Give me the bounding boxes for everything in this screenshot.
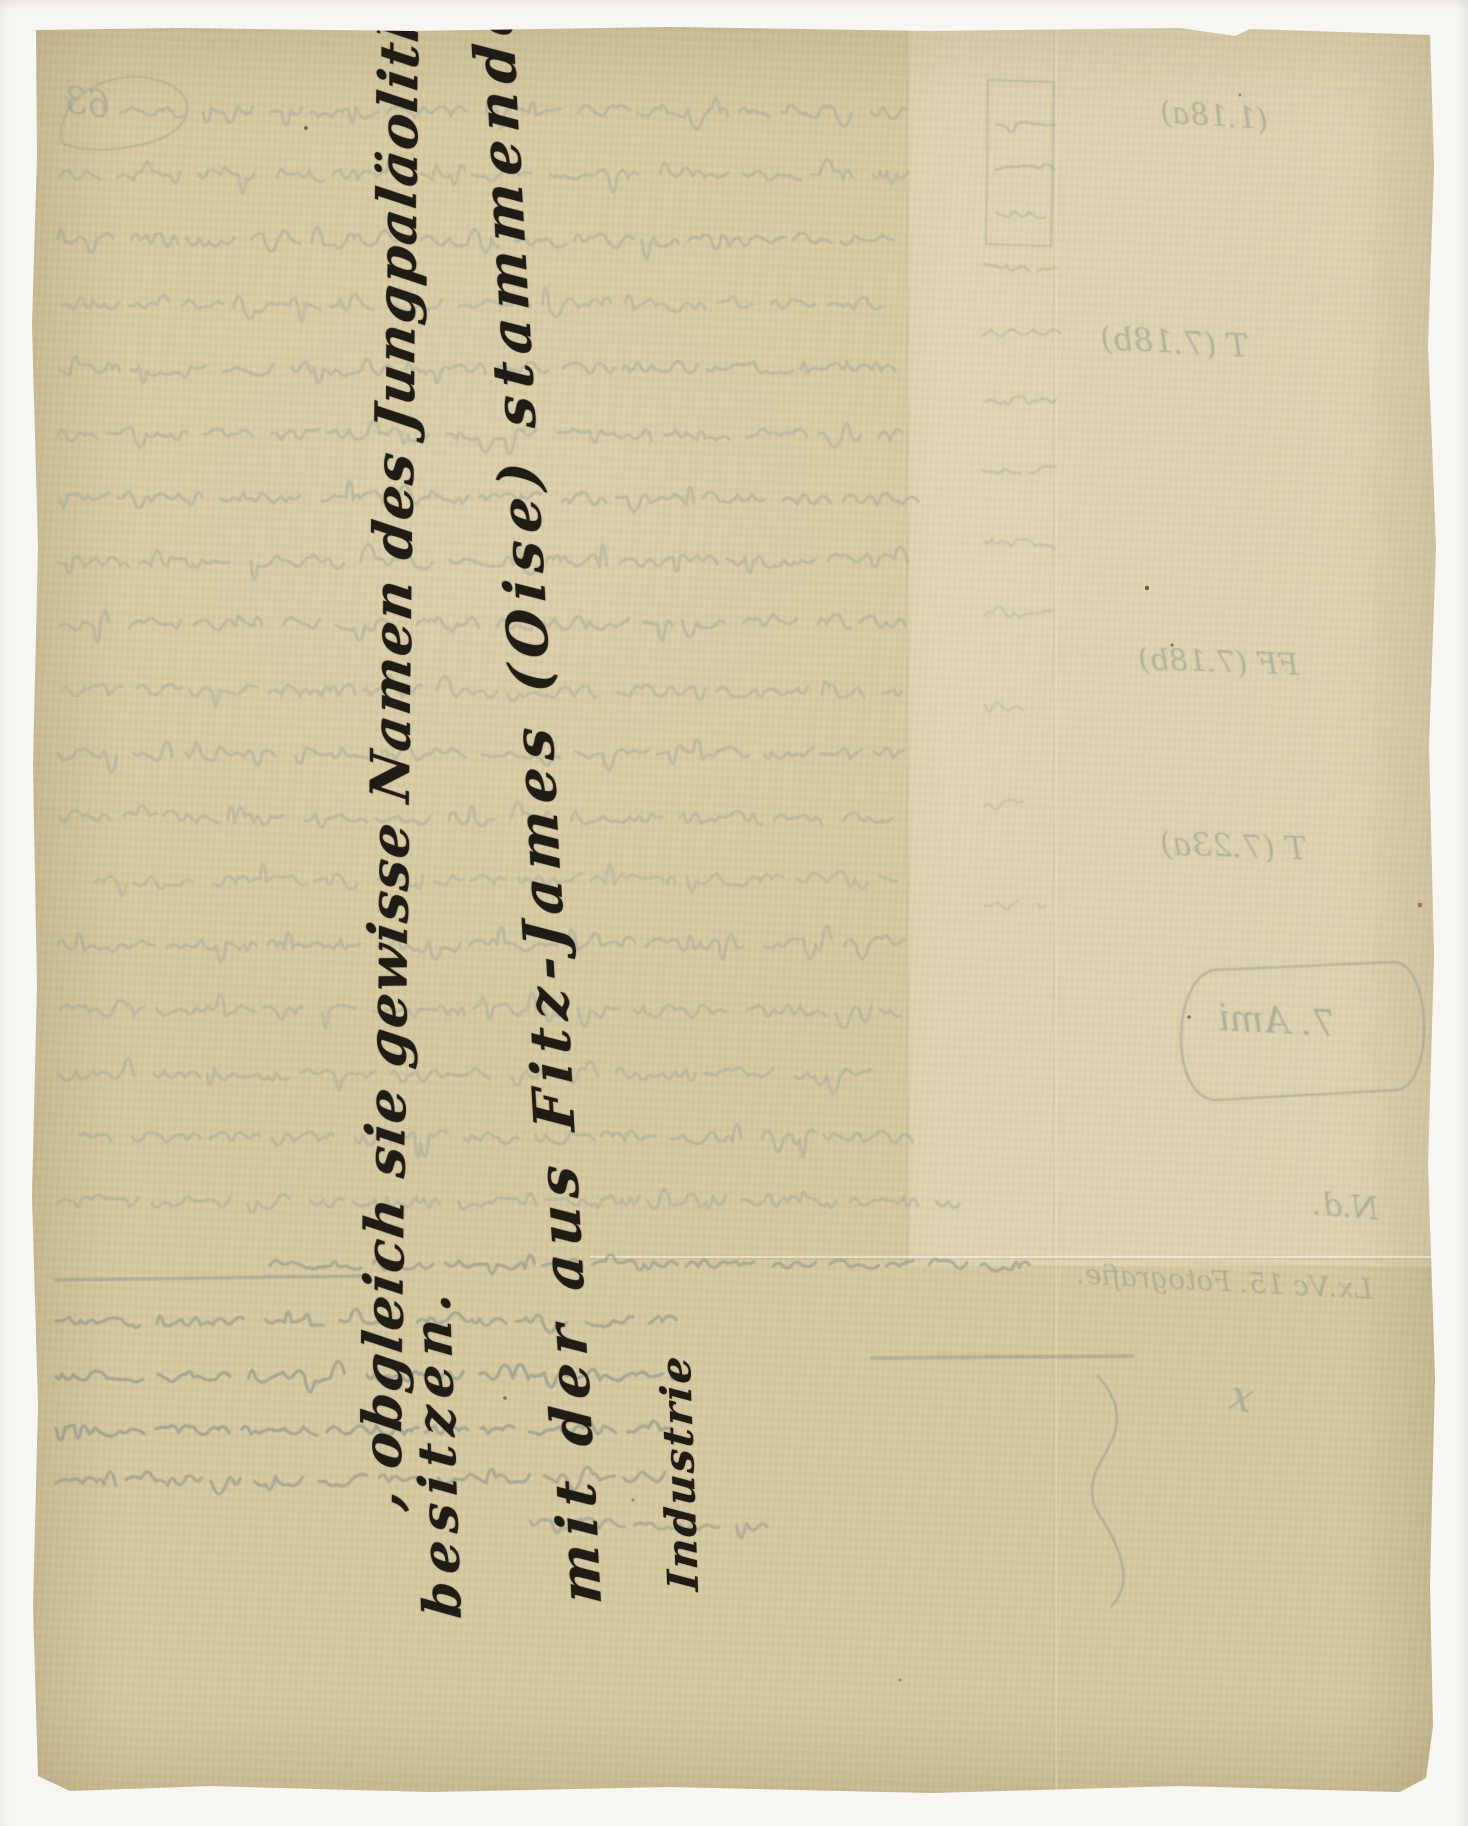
bleedthrough-text-line (996, 164, 1054, 170)
bleedthrough-text-line (60, 610, 906, 642)
bleedthrough-text-line (58, 1058, 871, 1093)
ink-annotation-line: Industrie (655, 1353, 705, 1592)
bleedthrough-text-line (982, 330, 1061, 336)
bleedthrough-text-line (62, 288, 881, 322)
bleedthrough-text-line (58, 420, 902, 453)
bleedthrough-text-line (985, 702, 1023, 711)
bleedthrough-text-line (996, 122, 1055, 132)
scan-background: 63 (1.18a) T (7.18b) FF (7.18b) T (7.23a… (0, 0, 1468, 1826)
dust-speck (503, 1396, 507, 1400)
dust-speck (304, 126, 308, 130)
bleedthrough-text-line (996, 212, 1045, 218)
bleedthrough-text-line (985, 396, 1057, 404)
dust-speck (1239, 94, 1242, 97)
bleedthrough-text-line (60, 357, 895, 383)
bleedthrough-text-line (985, 539, 1055, 549)
bleedthrough-text-line (985, 607, 1053, 617)
bleedthrough-text-line (80, 1124, 912, 1157)
ink-annotation-line: besitzen. (406, 1283, 470, 1620)
page-number-bleedthrough: 63 (62, 83, 112, 125)
bleedthrough-text-line (985, 800, 1023, 809)
bleedthrough-text-line (95, 864, 897, 896)
bleedthrough-text-line (985, 901, 1046, 910)
dust-speck (632, 1499, 635, 1502)
bleedthrough-text-line (62, 675, 901, 706)
bleedthrough-text-line (58, 740, 904, 773)
pencil-stroke (56, 1276, 361, 1280)
pencil-stroke (872, 1356, 1133, 1358)
pencil-annotation: T (7.23a) (1159, 827, 1307, 864)
bleedthrough-text-line (984, 264, 1056, 272)
pencil-stroke (1092, 1376, 1124, 1606)
bleedthrough-layer (30, 26, 1438, 1796)
dust-speck (898, 1678, 901, 1681)
dust-speck (1145, 586, 1149, 590)
paper: 63 (1.18a) T (7.18b) FF (7.18b) T (7.23a… (30, 26, 1438, 1796)
pencil-annotation: 7. Ami (1217, 1001, 1336, 1043)
pencil-stroke (986, 80, 1054, 246)
dust-speck (1418, 903, 1423, 908)
bleedthrough-text-line (982, 466, 1056, 473)
pencil-annotation: (1.18a) (1159, 98, 1269, 135)
bleedthrough-text-line (60, 802, 892, 827)
pencil-annotation: N.d. (1311, 1187, 1380, 1225)
pencil-annotation: T (7.18b) (1099, 322, 1249, 362)
bleedthrough-text-line (58, 544, 908, 579)
pencil-annotation: FF (7.18b) (1138, 645, 1300, 681)
dust-speck (1187, 1015, 1191, 1019)
bleedthrough-text-line (60, 993, 901, 1028)
bleedthrough-text-line (58, 926, 904, 962)
bleedthrough-text-line (58, 1189, 959, 1212)
